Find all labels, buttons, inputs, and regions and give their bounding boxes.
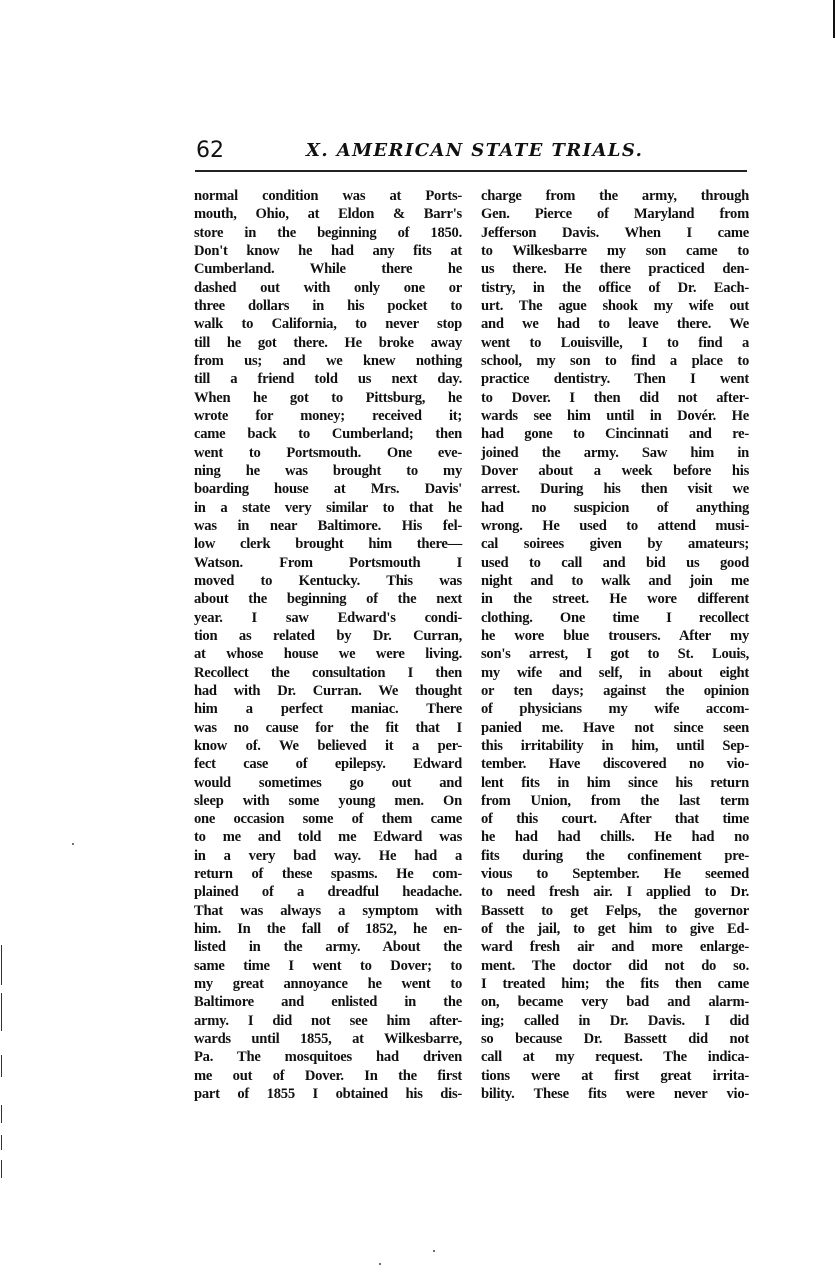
text-line: had no suspicion of anything bbox=[481, 499, 749, 517]
text-line: wards until 1855, at Wilkesbarre, bbox=[194, 1030, 462, 1048]
text-line: tion as related by Dr. Curran, bbox=[194, 627, 462, 645]
text-line: fits during the confinement pre- bbox=[481, 847, 749, 865]
text-line: Pa. The mosquitoes had driven bbox=[194, 1048, 462, 1066]
text-line: one occasion some of them came bbox=[194, 810, 462, 828]
text-line: Bassett to get Felps, the governor bbox=[481, 902, 749, 920]
text-line: lent fits in him since his return bbox=[481, 774, 749, 792]
text-line: same time I went to Dover; to bbox=[194, 957, 462, 975]
text-line: Gen. Pierce of Maryland from bbox=[481, 205, 749, 223]
text-line: went to Louisville, I to find a bbox=[481, 334, 749, 352]
scan-artifact bbox=[1, 1105, 2, 1123]
text-line: him a perfect maniac. There bbox=[194, 700, 462, 718]
text-line: in a state very similar to that he bbox=[194, 499, 462, 517]
text-line: to me and told me Edward was bbox=[194, 828, 462, 846]
text-line: Baltimore and enlisted in the bbox=[194, 993, 462, 1011]
text-line: on, became very bad and alarm- bbox=[481, 993, 749, 1011]
text-line: normal condition was at Ports- bbox=[194, 187, 462, 205]
text-line: from Union, from the last term bbox=[481, 792, 749, 810]
text-line: tistry, in the office of Dr. Each- bbox=[481, 279, 749, 297]
text-line: wrong. He used to attend musi- bbox=[481, 517, 749, 535]
text-line: store in the beginning of 1850. bbox=[194, 224, 462, 242]
text-line: ning he was brought to my bbox=[194, 462, 462, 480]
text-line: urt. The ague shook my wife out bbox=[481, 297, 749, 315]
text-line: me out of Dover. In the first bbox=[194, 1067, 462, 1085]
text-line: had gone to Cincinnati and re- bbox=[481, 425, 749, 443]
header-rule bbox=[195, 170, 747, 172]
text-line: boarding house at Mrs. Davis' bbox=[194, 480, 462, 498]
text-line: at whose house we were living. bbox=[194, 645, 462, 663]
text-line: would sometimes go out and bbox=[194, 774, 462, 792]
text-line: my great annoyance he went to bbox=[194, 975, 462, 993]
text-line: sleep with some young men. On bbox=[194, 792, 462, 810]
text-line: night and to walk and join me bbox=[481, 572, 749, 590]
text-line: ing; called in Dr. Davis. I did bbox=[481, 1012, 749, 1030]
text-line: him. In the fall of 1852, he en- bbox=[194, 920, 462, 938]
text-line: Recollect the consultation I then bbox=[194, 664, 462, 682]
scan-speck bbox=[433, 1250, 435, 1252]
text-line: from us; and we knew nothing bbox=[194, 352, 462, 370]
text-line: Watson. From Portsmouth I bbox=[194, 554, 462, 572]
text-line: fect case of epilepsy. Edward bbox=[194, 755, 462, 773]
text-line: ment. The doctor did not do so. bbox=[481, 957, 749, 975]
text-line: tions were at first great irrita- bbox=[481, 1067, 749, 1085]
text-line: I treated him; the fits then came bbox=[481, 975, 749, 993]
text-line: had with Dr. Curran. We thought bbox=[194, 682, 462, 700]
text-line: this irritability in him, until Sep- bbox=[481, 737, 749, 755]
text-line: vious to September. He seemed bbox=[481, 865, 749, 883]
text-line: call at my request. The indica- bbox=[481, 1048, 749, 1066]
text-line: joined the army. Saw him in bbox=[481, 444, 749, 462]
right-column: charge from the army, throughGen. Pierce… bbox=[481, 187, 749, 1103]
text-line: us there. He there practiced den- bbox=[481, 260, 749, 278]
text-line: three dollars in his pocket to bbox=[194, 297, 462, 315]
text-line: in a very bad way. He had a bbox=[194, 847, 462, 865]
left-column: normal condition was at Ports-mouth, Ohi… bbox=[194, 187, 462, 1103]
text-line: practice dentistry. Then I went bbox=[481, 370, 749, 388]
scan-speck bbox=[72, 843, 74, 845]
text-line: cal soirees given by amateurs; bbox=[481, 535, 749, 553]
book-page: 62 X. AMERICAN STATE TRIALS. normal cond… bbox=[0, 0, 836, 1284]
text-line: charge from the army, through bbox=[481, 187, 749, 205]
text-line: he wore blue trousers. After my bbox=[481, 627, 749, 645]
text-line: part of 1855 I obtained his dis- bbox=[194, 1085, 462, 1103]
scan-artifact bbox=[1, 945, 2, 985]
scan-artifact bbox=[1, 1135, 2, 1150]
text-line: was in near Baltimore. His fel- bbox=[194, 517, 462, 535]
text-line: army. I did not see him after- bbox=[194, 1012, 462, 1030]
scan-artifact bbox=[1, 1055, 2, 1077]
text-line: ward fresh air and more enlarge- bbox=[481, 938, 749, 956]
text-line: came back to Cumberland; then bbox=[194, 425, 462, 443]
text-line: Jefferson Davis. When I came bbox=[481, 224, 749, 242]
text-line: to need fresh air. I applied to Dr. bbox=[481, 883, 749, 901]
text-line: Dover about a week before his bbox=[481, 462, 749, 480]
page-number: 62 bbox=[196, 136, 224, 166]
text-line: bility. These fits were never vio- bbox=[481, 1085, 749, 1103]
text-line: and we had to leave there. We bbox=[481, 315, 749, 333]
text-line: walk to California, to never stop bbox=[194, 315, 462, 333]
text-line: panied me. Have not since seen bbox=[481, 719, 749, 737]
text-line: tember. Have discovered no vio- bbox=[481, 755, 749, 773]
text-line: When he got to Pittsburg, he bbox=[194, 389, 462, 407]
text-line: of the jail, to get him to give Ed- bbox=[481, 920, 749, 938]
text-line: was no cause for the fit that I bbox=[194, 719, 462, 737]
text-line: about the beginning of the next bbox=[194, 590, 462, 608]
text-line: my wife and self, in about eight bbox=[481, 664, 749, 682]
text-line: dashed out with only one or bbox=[194, 279, 462, 297]
scan-artifact bbox=[1, 1160, 2, 1178]
text-line: used to call and bid us good bbox=[481, 554, 749, 572]
text-line: so because Dr. Bassett did not bbox=[481, 1030, 749, 1048]
text-line: mouth, Ohio, at Eldon & Barr's bbox=[194, 205, 462, 223]
text-line: clothing. One time I recollect bbox=[481, 609, 749, 627]
text-line: he had had chills. He had no bbox=[481, 828, 749, 846]
running-head: X. AMERICAN STATE TRIALS. bbox=[306, 136, 643, 166]
text-line: to Dover. I then did not after- bbox=[481, 389, 749, 407]
text-line: wrote for money; received it; bbox=[194, 407, 462, 425]
text-line: till he got there. He broke away bbox=[194, 334, 462, 352]
scan-edge bbox=[833, 0, 835, 38]
text-line: That was always a symptom with bbox=[194, 902, 462, 920]
text-line: low clerk brought him there— bbox=[194, 535, 462, 553]
text-line: of this court. After that time bbox=[481, 810, 749, 828]
page-header: 62 X. AMERICAN STATE TRIALS. bbox=[196, 136, 748, 166]
scan-artifact bbox=[1, 993, 2, 1031]
text-line: wards see him until in Dovér. He bbox=[481, 407, 749, 425]
text-line: Cumberland. While there he bbox=[194, 260, 462, 278]
text-line: moved to Kentucky. This was bbox=[194, 572, 462, 590]
text-line: went to Portsmouth. One eve- bbox=[194, 444, 462, 462]
text-line: return of these spasms. He com- bbox=[194, 865, 462, 883]
text-line: to Wilkesbarre my son came to bbox=[481, 242, 749, 260]
text-line: of physicians my wife accom- bbox=[481, 700, 749, 718]
text-line: school, my son to find a place to bbox=[481, 352, 749, 370]
text-line: arrest. During his then visit we bbox=[481, 480, 749, 498]
text-line: listed in the army. About the bbox=[194, 938, 462, 956]
text-line: year. I saw Edward's condi- bbox=[194, 609, 462, 627]
scan-speck bbox=[379, 1263, 381, 1265]
text-line: till a friend told us next day. bbox=[194, 370, 462, 388]
text-line: in the street. He wore different bbox=[481, 590, 749, 608]
text-line: or ten days; against the opinion bbox=[481, 682, 749, 700]
text-line: plained of a dreadful headache. bbox=[194, 883, 462, 901]
text-line: Don't know he had any fits at bbox=[194, 242, 462, 260]
text-line: son's arrest, I got to St. Louis, bbox=[481, 645, 749, 663]
text-line: know of. We believed it a per- bbox=[194, 737, 462, 755]
